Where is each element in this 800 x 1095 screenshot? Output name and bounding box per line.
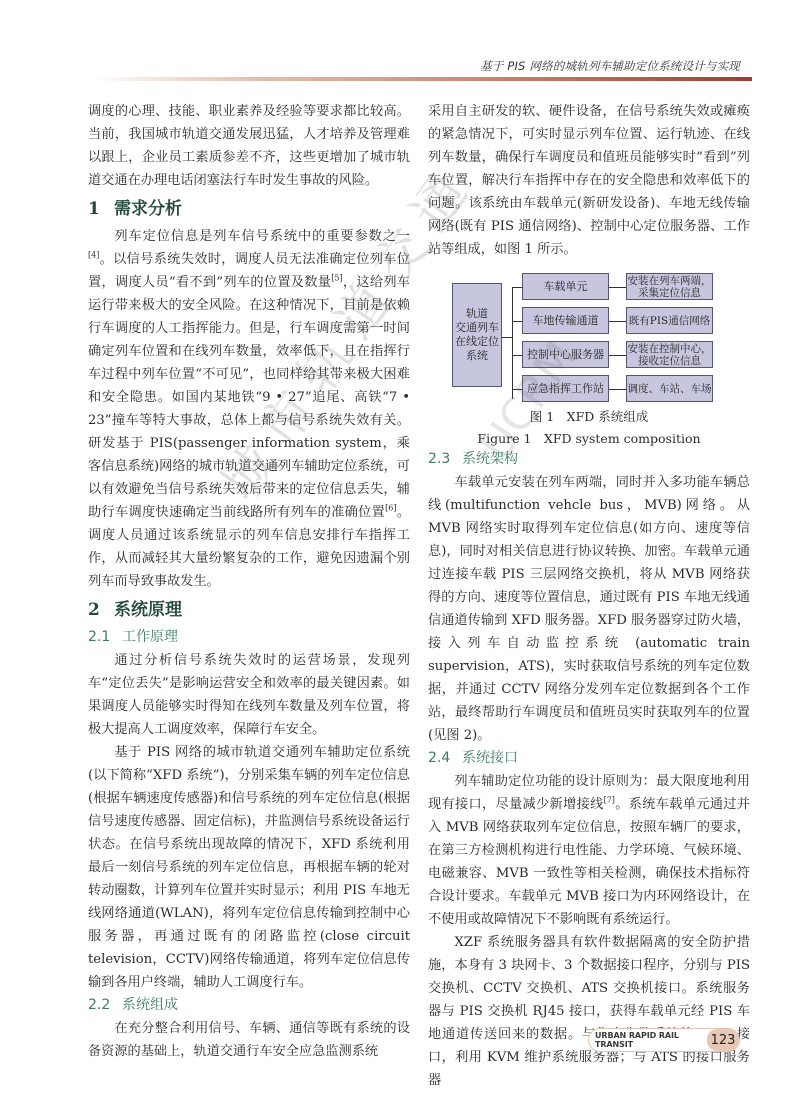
diagram-description-box: 安装在控制中心， 接收定位信息 (626, 341, 713, 368)
citation-ref-7: [7] (604, 796, 615, 805)
text-run: 。系统车载单元通过并入 MVB 网络获取列车定位信息，按照车辆厂的要求，在第三方… (428, 797, 750, 927)
diagram-component-box: 控制中心服务器 (522, 341, 609, 368)
subsection-heading-2-3: 2.3系统架构 (428, 448, 750, 471)
connector-line (609, 355, 626, 356)
diagram-component-box: 车载单元 (522, 273, 609, 300)
diagram-description-box: 既有PIS通信网络 (626, 307, 713, 334)
text-run: 列车定位信息是列车信号系统中的重要参数之一 (114, 229, 410, 244)
left-column: 调度的心理、技能、职业素养及经验等要求都比较高。当前，我国城市轨道交通发展迅猛，… (88, 100, 410, 1063)
subsection-title: 工作原理 (122, 629, 178, 645)
diagram-component-box: 应急指挥工作站 (522, 375, 609, 402)
subsection-title: 系统接口 (462, 750, 518, 766)
journal-name: URBAN RAPID RAIL TRANSIT (589, 1031, 707, 1049)
diagram-component-box: 车地传输通道 (522, 307, 609, 334)
intro-paragraph: 调度的心理、技能、职业素养及经验等要求都比较高。当前，我国城市轨道交通发展迅猛，… (88, 100, 410, 192)
figure-caption-cn: 图 1 XFD 系统组成 (428, 407, 750, 426)
subsection-number: 2.2 (88, 994, 122, 1017)
section1-paragraph: 列车定位信息是列车信号系统中的重要参数之一[4]。以信号系统失效时，调度人员无法… (88, 225, 410, 593)
connector-line (512, 287, 513, 399)
citation-ref-5: [5] (331, 274, 342, 283)
connector-line (502, 337, 512, 338)
right-column: 采用自主研发的软、硬件设备，在信号系统失效或瘫痪的紧急情况下，可实时显示列车位置… (428, 100, 750, 1092)
connector-line (512, 321, 522, 322)
connector-line (512, 389, 522, 390)
running-title: 基于 PIS 网络的城轨列车辅助定位系统设计与实现 (480, 58, 740, 74)
citation-ref-4: [4] (88, 251, 99, 260)
paragraph: 在充分整合利用信号、车辆、通信等既有系统的设备资源的基础上，轨道交通行车安全应急… (88, 1017, 410, 1063)
connector-line (609, 389, 626, 390)
header-rule (90, 77, 752, 81)
figure-caption-en: Figure 1 XFD system composition (428, 429, 750, 448)
section-number: 1 (88, 196, 114, 222)
subsection-heading-2-2: 2.2系统组成 (88, 994, 410, 1017)
figure-1-diagram: 轨道 交通列车 在线定位 系统 车载单元 车地传输通道 控制中心服务器 应急指挥… (428, 267, 750, 427)
connector-line (609, 321, 626, 322)
diagram-description-box: 调度、车站、车场 (626, 375, 713, 402)
subsection-heading-2-4: 2.4系统接口 (428, 747, 750, 770)
subsection-heading-2-1: 2.1工作原理 (88, 626, 410, 649)
paragraph: 车载单元安装在列车两端，同时并入多功能车辆总线(multifunction ve… (428, 471, 750, 747)
connector-line (512, 287, 522, 288)
footer-badge: URBAN RAPID RAIL TRANSIT 123 (588, 1028, 740, 1052)
paragraph: 列车辅助定位功能的设计原则为：最大限度地利用现有接口，尽量减少新增接线[7]。系… (428, 770, 750, 931)
section-heading-2: 2系统原理 (88, 597, 410, 623)
continuation-paragraph: 采用自主研发的软、硬件设备，在信号系统失效或瘫痪的紧急情况下，可实时显示列车位置… (428, 100, 750, 261)
section-title: 系统原理 (114, 600, 182, 620)
subsection-number: 2.4 (428, 747, 462, 770)
connector-line (512, 355, 522, 356)
citation-ref-6: [6] (385, 504, 396, 513)
subsection-number: 2.1 (88, 626, 122, 649)
section-heading-1: 1需求分析 (88, 196, 410, 222)
page-number: 123 (707, 1029, 739, 1051)
paragraph: 通过分析信号系统失效时的运营场景，发现列车“定位丢失”是影响运营安全和效率的最关… (88, 649, 410, 741)
subsection-title: 系统组成 (122, 997, 178, 1013)
text-run: ，这给列车运行带来极大的安全风险。在这种情况下，目前是依赖行车调度的人工指挥能力… (88, 275, 410, 520)
connector-line (609, 287, 626, 288)
subsection-title: 系统架构 (462, 451, 518, 467)
paragraph: 基于 PIS 网络的城市轨道交通列车辅助定位系统(以下简称“XFD 系统”)，分… (88, 741, 410, 994)
diagram-root-box: 轨道 交通列车 在线定位 系统 (452, 283, 502, 387)
section-title: 需求分析 (114, 199, 182, 219)
section-number: 2 (88, 597, 114, 623)
paragraph: XZF 系统服务器具有软件数据隔离的安全防护措施，本身有 3 块网卡、3 个数据… (428, 931, 750, 1092)
diagram-description-box: 安装在列车两端， 采集定位信息 (626, 273, 713, 300)
subsection-number: 2.3 (428, 448, 462, 471)
